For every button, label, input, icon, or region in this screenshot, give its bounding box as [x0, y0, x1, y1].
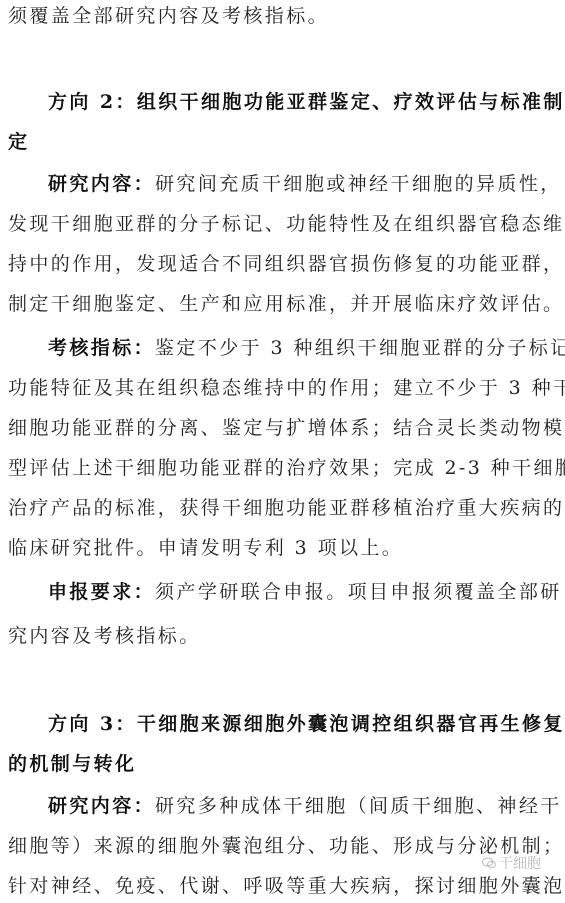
paragraph-line: 须覆盖全部研究内容及考核指标。 — [8, 4, 329, 28]
watermark: 干细胞 — [482, 853, 541, 873]
paragraph-line: 针对神经、免疫、代谢、呼吸等重大疾病，探讨细胞外囊泡 — [8, 874, 564, 898]
wechat-icon — [482, 857, 496, 869]
research-content-label: 研究内容： — [48, 795, 155, 817]
watermark-text: 干细胞 — [499, 853, 541, 873]
paragraph-line: 持中的作用，发现适合不同组织器官损伤修复的功能亚群， — [8, 252, 564, 276]
paragraph-line: 细胞功能亚群的分离、鉴定与扩增体系；结合灵长类动物模 — [8, 416, 564, 440]
paragraph-text: 鉴定不少于 3 种组织干细胞亚群的分子标记、 — [155, 337, 565, 359]
paragraph-line: 究内容及考核指标。 — [8, 624, 201, 648]
paragraph-text: 研究间充质干细胞或神经干细胞的异质性， — [155, 173, 562, 195]
assessment-indicators-line: 考核指标：鉴定不少于 3 种组织干细胞亚群的分子标记、 — [48, 336, 565, 360]
research-content-line: 研究内容：研究多种成体干细胞（间质干细胞、神经干 — [48, 794, 562, 818]
research-content-line: 研究内容：研究间充质干细胞或神经干细胞的异质性， — [48, 172, 562, 196]
paragraph-text: 研究多种成体干细胞（间质干细胞、神经干 — [155, 795, 562, 817]
section-heading-direction-3-cont: 的机制与转化 — [8, 752, 136, 776]
paragraph-line: 发现干细胞亚群的分子标记、功能特性及在组织器官稳态维 — [8, 212, 564, 236]
paragraph-line: 临床研究批件。申请发明专利 3 项以上。 — [8, 536, 403, 560]
paragraph-text: 须产学研联合申报。项目申报须覆盖全部研 — [155, 581, 562, 603]
paragraph-line: 制定干细胞鉴定、生产和应用标准，并开展临床疗效评估。 — [8, 292, 564, 316]
application-requirements-line: 申报要求：须产学研联合申报。项目申报须覆盖全部研 — [48, 580, 562, 604]
paragraph-line: 细胞等）来源的细胞外囊泡组分、功能、形成与分泌机制； — [8, 834, 564, 858]
paragraph-line: 功能特征及其在组织稳态维持中的作用；建立不少于 3 种干 — [8, 376, 565, 400]
section-heading-direction-3: 方向 3：干细胞来源细胞外囊泡调控组织器官再生修复 — [48, 712, 565, 736]
section-heading-direction-2-cont: 定 — [8, 130, 29, 154]
paragraph-line: 型评估上述干细胞功能亚群的治疗效果；完成 2-3 种干细胞 — [8, 456, 565, 480]
research-content-label: 研究内容： — [48, 173, 155, 195]
application-requirements-label: 申报要求： — [48, 581, 155, 603]
paragraph-line: 治疗产品的标准，获得干细胞功能亚群移植治疗重大疾病的 — [8, 496, 564, 520]
assessment-indicators-label: 考核指标： — [48, 337, 155, 359]
section-heading-direction-2: 方向 2：组织干细胞功能亚群鉴定、疗效评估与标准制 — [48, 90, 565, 114]
